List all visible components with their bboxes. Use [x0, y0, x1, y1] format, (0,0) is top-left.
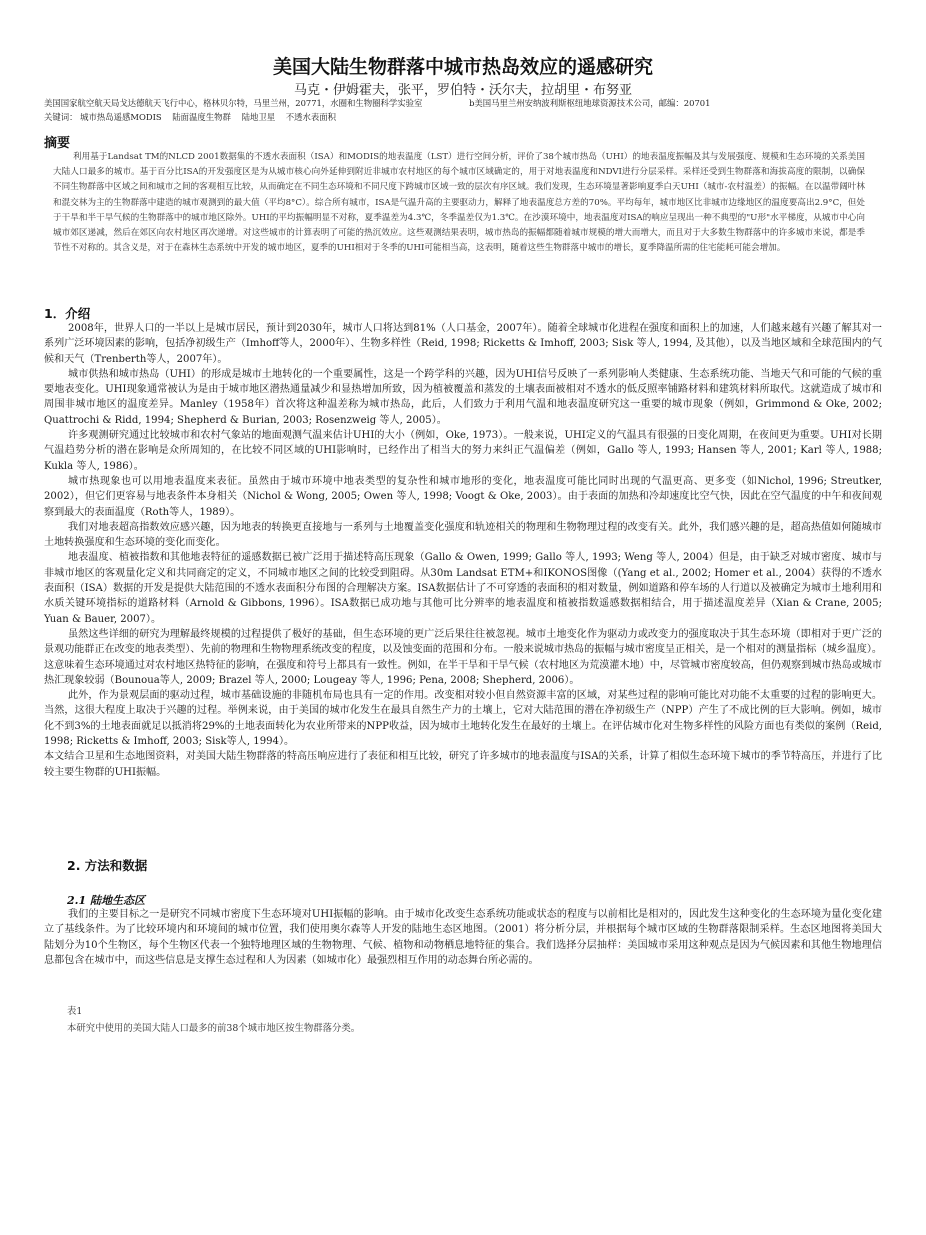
- paragraph: 城市供热和城市热岛（UHI）的形成是城市土地转化的一个重要属性，这是一个跨学科的…: [44, 367, 882, 428]
- subsection-number: 2.1: [67, 894, 86, 907]
- paragraph: 许多观测研究通过比较城市和农村气象站的地面观测气温来估计UHI的大小（例如，Ok…: [44, 428, 882, 474]
- section-1-heading: 1．介绍: [44, 304, 90, 322]
- affiliation-a: 美国国家航空航天局戈达德航天飞行中心，格林贝尔特，马里兰州，20771，水圈和生…: [44, 98, 422, 108]
- section-1-body: 2008年，世界人口的一半以上是城市居民，预计到2030年，城市人口将达到81%…: [44, 321, 882, 780]
- keyword: 陆地卫星: [242, 112, 276, 122]
- abstract-text: 利用基于Landsat TM的NLCD 2001数据集的不透水表面积（ISA）和…: [53, 150, 865, 256]
- keyword: 陆面温度生物群: [172, 112, 231, 122]
- abstract-heading: 摘要: [44, 132, 70, 151]
- paragraph: 地表温度、植被指数和其他地表特征的遥感数据已被广泛用于描述特高压现象（Gallo…: [44, 550, 882, 626]
- section-2-heading: 2. 方法和数据: [67, 856, 147, 874]
- paragraph: 本文结合卫星和生态地图资料，对美国大陆生物群落的特高压响应进行了表征和相互比较，…: [44, 749, 882, 780]
- paragraph: 我们对地表超高指数效应感兴趣，因为地表的转换更直接地与一系列与土地覆盖变化强度和…: [44, 520, 882, 551]
- affiliation-b: b美国马里兰州安纳波利斯枢纽地球资源技术公司，邮编：20701: [469, 98, 710, 108]
- keyword: 不透水表面积: [286, 112, 336, 122]
- paragraph: 此外，作为景观层面的驱动过程，城市基础设施的非随机布局也具有一定的作用。改变相对…: [44, 688, 882, 749]
- paper-title: 美国大陆生物群落中城市热岛效应的遥感研究: [0, 52, 926, 79]
- abstract-body: 利用基于Landsat TM的NLCD 2001数据集的不透水表面积（ISA）和…: [53, 150, 865, 256]
- paper-authors: 马克・伊姆霍夫，张平，罗伯特・沃尔夫，拉胡里・布努亚: [0, 79, 926, 98]
- paragraph: 城市热现象也可以用地表温度来表征。虽然由于城市环境中地表类型的复杂性和城市地形的…: [44, 474, 882, 520]
- paragraph: 虽然这些详细的研究为理解最终规模的过程提供了极好的基础，但生态环境的更广泛后果往…: [44, 627, 882, 688]
- subsection-2-1-heading: 2.1 陆地生态区: [67, 892, 145, 908]
- table-label: 表1: [67, 1003, 82, 1017]
- table-caption: 本研究中使用的美国大陆人口最多的前38个城市地区按生物群落分类。: [67, 1020, 360, 1034]
- affiliations: 美国国家航空航天局戈达德航天飞行中心，格林贝尔特，马里兰州，20771，水圈和生…: [44, 97, 904, 109]
- subsection-2-1-body: 我们的主要目标之一是研究不同城市密度下生态环境对UHI振幅的影响。由于城市化改变…: [44, 907, 882, 968]
- keywords-line: 关键词： 城市热岛遥感MODIS 陆面温度生物群 陆地卫星 不透水表面积: [44, 111, 344, 123]
- paragraph: 2008年，世界人口的一半以上是城市居民，预计到2030年，城市人口将达到81%…: [44, 321, 882, 367]
- subsection-title: 陆地生态区: [90, 894, 145, 907]
- paragraph: 我们的主要目标之一是研究不同城市密度下生态环境对UHI振幅的影响。由于城市化改变…: [44, 907, 882, 968]
- keywords-label: 关键词：: [44, 112, 78, 122]
- keyword: 城市热岛遥感MODIS: [80, 112, 161, 122]
